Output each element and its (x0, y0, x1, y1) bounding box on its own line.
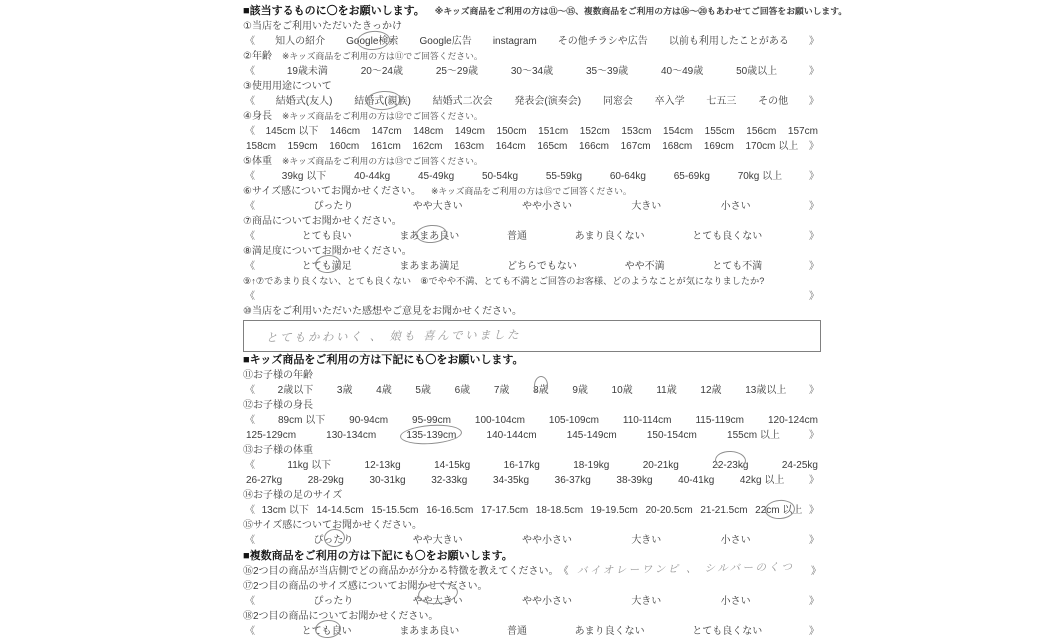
bracket-close-icon: 》 (809, 259, 819, 274)
option-text: 18-19kg (572, 458, 610, 473)
question-label: ④身長 (243, 109, 272, 124)
question-label: ⑨↑⑦であまり良くない、とても良くない ⑧でやや不満、とても不満とご回答のお客様… (243, 274, 764, 289)
option-text: どちらでもない (506, 259, 578, 274)
option-text: 19歳未満 (286, 64, 329, 79)
question-label: ⑥サイズ感についてお聞かせください。 (243, 184, 421, 199)
option-text: 結婚式二次会 (432, 94, 494, 109)
bracket-close-icon: 》 (809, 473, 819, 488)
options-row: 《結婚式(友人)結婚式(親族)結婚式二次会発表会(演奏会)同窓会卒入学七五三その… (243, 94, 821, 109)
option-text: 100-104cm (474, 413, 526, 428)
option-text: 147cm (371, 124, 403, 139)
option-text: 15-15.5cm (370, 503, 419, 518)
bracket-open-icon: 《 (245, 503, 255, 518)
bracket-open-icon: 《 (245, 259, 255, 274)
option-text: 50歳以上 (735, 64, 778, 79)
option-text: 9歳 (571, 383, 589, 398)
question-line: ⑪お子様の年齢 (243, 368, 821, 383)
question-label: ⑩当店をご利用いただいた感想やご意見をお聞かせください。 (243, 304, 522, 319)
option-text: その他 (757, 94, 789, 109)
option-text: 125-129cm (245, 428, 297, 443)
question-label: ③使用用途について (243, 79, 332, 94)
option-text: 24-25kg (781, 458, 819, 473)
option-text: 70kg 以上 (737, 169, 783, 184)
option-text: やや不満 (624, 259, 666, 274)
options-row: 《とても良いまあまあ良い普通あまり良くないとても良くない》 (243, 624, 821, 639)
option-text: 89cm 以下 (277, 413, 326, 428)
option-text: 普通 (506, 624, 528, 639)
option-text: 25〜29歳 (435, 64, 479, 79)
options-row: 《とても満足まあまあ満足どちらでもないやや不満とても不満》 (243, 259, 821, 274)
survey-form: ■該当するものに〇をお願いします。※キッズ商品をご利用の方は⑪〜⑮、複数商品をご… (243, 3, 821, 639)
question-note: ※キッズ商品をご利用の方は⑫でご回答ください。 (282, 109, 483, 124)
option-text: 164cm (495, 139, 527, 154)
option-text: 6歳 (454, 383, 472, 398)
option-text: 7歳 (493, 383, 511, 398)
option-text: 13歳以上 (744, 383, 787, 398)
option-text: 30〜34歳 (510, 64, 554, 79)
bracket-close-icon: 》 (809, 383, 819, 398)
option-text: 60-64kg (609, 169, 647, 184)
question-label: ⑭お子様の足のサイズ (243, 488, 342, 503)
option-text: 16-16.5cm (425, 503, 474, 518)
option-text: 38-39kg (615, 473, 653, 488)
option-text: Google検索 (345, 34, 399, 49)
question-line: ④身長※キッズ商品をご利用の方は⑫でご回答ください。 (243, 109, 821, 124)
option-text: 大きい (630, 594, 662, 609)
question-label: ⑪お子様の年齢 (243, 368, 313, 383)
section-note: ※キッズ商品をご利用の方は⑪〜⑮、複数商品をご利用の方は⑯〜⑳もあわせてご回答を… (435, 4, 847, 19)
bracket-close-icon: 》 (809, 64, 819, 79)
option-text: 149cm (454, 124, 486, 139)
option-text: 162cm (412, 139, 444, 154)
option-text: 40〜49歳 (660, 64, 704, 79)
question-line: ⑫お子様の身長 (243, 398, 821, 413)
question-line: ⑥サイズ感についてお聞かせください。※キッズ商品をご利用の方は⑮でご回答ください… (243, 184, 821, 199)
option-text: やや大きい (412, 199, 464, 214)
options-row: 《13cm 以下14-14.5cm15-15.5cm16-16.5cm17-17… (243, 503, 821, 518)
option-text: instagram (492, 34, 538, 49)
option-text: 35〜39歳 (585, 64, 629, 79)
option-text: 154cm (662, 124, 694, 139)
bracket-open-icon: 《 (245, 94, 255, 109)
option-text: 166cm (578, 139, 610, 154)
option-text: 155cm (704, 124, 736, 139)
option-text: 40-44kg (353, 169, 391, 184)
option-text: 20-21kg (642, 458, 680, 473)
options-row: 26-27kg28-29kg30-31kg32-33kg34-35kg36-37… (243, 473, 821, 488)
question-line: ⑦商品についてお聞かせください。 (243, 214, 821, 229)
bracket-open-icon: 《 (245, 594, 255, 609)
option-text: 148cm (412, 124, 444, 139)
option-text: 140-144cm (486, 428, 538, 443)
handwritten-answer: バイオレーワンピ 、 シルバーのくつ (576, 560, 803, 579)
option-text: やや小さい (521, 199, 573, 214)
option-text: 大きい (630, 533, 662, 548)
option-text: 110-114cm (622, 413, 673, 428)
option-text: 168cm (661, 139, 693, 154)
option-text: 105-109cm (548, 413, 600, 428)
option-text: 65-69kg (673, 169, 711, 184)
question-line: ⑮サイズ感についてお聞かせください。 (243, 518, 821, 533)
option-text: 165cm (536, 139, 568, 154)
option-text: とても良い (301, 624, 353, 639)
options-row: 158cm159cm160cm161cm162cm163cm164cm165cm… (243, 139, 821, 154)
option-text: あまり良くない (574, 229, 646, 244)
option-text: 11kg 以下 (286, 458, 332, 473)
question-line: ⑰2つ目の商品のサイズ感についてお聞かせください。 (243, 579, 821, 594)
option-text: 12-13kg (364, 458, 402, 473)
question-label: ⑮サイズ感についてお聞かせください。 (243, 518, 422, 533)
bracket-open-icon: 《 (245, 169, 255, 184)
handwritten-comment: とてもかわいく 、 娘も 喜んでいました (266, 326, 521, 345)
section-header: ■キッズ商品をご利用の方は下記にも〇をお願いします。 (243, 353, 821, 368)
option-text: 18-18.5cm (535, 503, 584, 518)
bracket-open-icon: 《 (245, 64, 255, 79)
option-text: とても良くない (691, 624, 763, 639)
option-text: 普通 (506, 229, 528, 244)
options-row: 《とても良いまあまあ良い普通あまり良くないとても良くない》 (243, 229, 821, 244)
bracket-close-icon: 》 (809, 169, 819, 184)
option-text: 90-94cm (348, 413, 389, 428)
bracket-open-icon: 《 (245, 229, 255, 244)
question-label: ⑱2つ目の商品についてお聞かせください。 (243, 609, 438, 624)
bracket-open-icon: 《 (245, 458, 255, 473)
option-text: 159cm (287, 139, 319, 154)
option-text: 170cm 以上 (745, 139, 800, 154)
option-text: 32-33kg (430, 473, 468, 488)
option-text: 153cm (620, 124, 652, 139)
option-text: 卒入学 (654, 94, 686, 109)
question-line: ⑩当店をご利用いただいた感想やご意見をお聞かせください。 (243, 304, 821, 319)
option-text: 14-15kg (433, 458, 471, 473)
option-text: 小さい (720, 199, 752, 214)
option-text: とても満足 (301, 259, 353, 274)
option-text: 50-54kg (481, 169, 519, 184)
options-row: 《39kg 以下40-44kg45-49kg50-54kg55-59kg60-6… (243, 169, 821, 184)
question-line: ⑯2つ目の商品が当店側でどの商品かが分かる特徴を教えてください。《バイオレーワン… (243, 564, 821, 579)
option-text: 21-21.5cm (699, 503, 748, 518)
option-text: 34-35kg (492, 473, 530, 488)
option-text: 小さい (720, 594, 752, 609)
option-text: まあまあ良い (398, 624, 460, 639)
option-text: あまり良くない (574, 624, 646, 639)
option-text: 16-17kg (503, 458, 541, 473)
option-text: 5歳 (414, 383, 432, 398)
option-text: 20〜24歳 (360, 64, 404, 79)
option-text: 39kg 以下 (281, 169, 327, 184)
option-text: 40-41kg (677, 473, 715, 488)
option-text: 10歳 (611, 383, 634, 398)
option-text: 45-49kg (417, 169, 455, 184)
question-line: ⑤体重※キッズ商品をご利用の方は⑬でご回答ください。 (243, 154, 821, 169)
option-text: まあまあ満足 (398, 259, 460, 274)
option-text: 151cm (537, 124, 569, 139)
bracket-close-icon: 》 (809, 428, 819, 443)
question-label: ⑫お子様の身長 (243, 398, 313, 413)
bracket-open-icon: 《 (245, 383, 255, 398)
option-text: ぴったり (312, 199, 354, 214)
question-line: ⑱2つ目の商品についてお聞かせください。 (243, 609, 821, 624)
option-text: ぴったり (312, 594, 354, 609)
option-text: 13cm 以下 (261, 503, 310, 518)
option-text: 155cm 以上 (726, 428, 781, 443)
bracket-close-icon: 》 (809, 289, 819, 304)
option-text: 12歳 (699, 383, 722, 398)
bracket-close-icon: 》 (809, 94, 819, 109)
question-note: ※キッズ商品をご利用の方は⑬でご回答ください。 (282, 154, 483, 169)
bracket-open-icon: 《 (245, 624, 255, 639)
option-text: とても良くない (691, 229, 763, 244)
options-row: 《11kg 以下12-13kg14-15kg16-17kg18-19kg20-2… (243, 458, 821, 473)
option-text: 28-29kg (307, 473, 345, 488)
options-row: 《ぴったりやや大きいやや小さい大きい小さい》 (243, 594, 821, 609)
option-text: その他チラシや広告 (557, 34, 649, 49)
question-line: ⑭お子様の足のサイズ (243, 488, 821, 503)
options-row: 《》 (243, 289, 821, 304)
option-text: 以前も利用したことがある (668, 34, 790, 49)
option-text: 大きい (630, 199, 662, 214)
question-line: ⑧満足度についてお聞かせください。 (243, 244, 821, 259)
question-line: ⑨↑⑦であまり良くない、とても良くない ⑧でやや不満、とても不満とご回答のお客様… (243, 274, 821, 289)
question-label: ⑤体重 (243, 154, 272, 169)
bracket-close-icon: 》 (809, 503, 819, 518)
bracket-close-icon: 》 (809, 199, 819, 214)
bracket-open-icon: 《 (245, 289, 255, 304)
option-text: 161cm (370, 139, 402, 154)
bracket-close-icon: 》 (809, 139, 819, 154)
question-label: ①当店をご利用いただいたきっかけ (243, 19, 402, 34)
bracket-open-icon: 《 (245, 533, 255, 548)
bracket-close-icon: 》 (809, 229, 819, 244)
option-text: 145cm 以下 (265, 124, 320, 139)
option-text: 135-139cm (405, 428, 457, 443)
section-header: ■該当するものに〇をお願いします。※キッズ商品をご利用の方は⑪〜⑮、複数商品をご… (243, 4, 821, 19)
options-row: 《知人の紹介Google検索Google広告instagramその他チラシや広告… (243, 34, 821, 49)
option-text: 146cm (329, 124, 361, 139)
option-text: 22cm 以上 (754, 503, 803, 518)
option-text: 22-23kg (711, 458, 749, 473)
option-text: とても不満 (711, 259, 763, 274)
option-text: やや小さい (521, 533, 573, 548)
option-text: 4歳 (375, 383, 393, 398)
bracket-open-icon: 《 (245, 34, 255, 49)
option-text: 152cm (579, 124, 611, 139)
question-label: ⑦商品についてお聞かせください。 (243, 214, 402, 229)
question-note: ※キッズ商品をご利用の方は⑮でご回答ください。 (431, 184, 632, 199)
option-text: やや小さい (521, 594, 573, 609)
option-text: 14-14.5cm (315, 503, 364, 518)
option-text: やや大きい (412, 533, 464, 548)
options-row: 《ぴったりやや大きいやや小さい大きい小さい》 (243, 533, 821, 548)
options-row: 《ぴったりやや大きいやや小さい大きい小さい》 (243, 199, 821, 214)
question-label: ⑰2つ目の商品のサイズ感についてお聞かせください。 (243, 579, 488, 594)
options-row: 125-129cm130-134cm135-139cm140-144cm145-… (243, 428, 821, 443)
comment-box: とてもかわいく 、 娘も 喜んでいました (243, 320, 821, 352)
bracket-close-icon: 》 (809, 624, 819, 639)
option-text: 結婚式(友人) (275, 94, 334, 109)
bracket-open-icon: 《 (245, 124, 255, 139)
option-text: 157cm (787, 124, 819, 139)
option-text: Google広告 (418, 34, 472, 49)
option-text: 11歳 (655, 383, 677, 398)
option-text: 167cm (620, 139, 652, 154)
options-row: 《145cm 以下146cm147cm148cm149cm150cm151cm1… (243, 124, 821, 139)
option-text: 130-134cm (325, 428, 377, 443)
question-label: ⑯2つ目の商品が当店側でどの商品かが分かる特徴を教えてください。 (243, 564, 559, 579)
option-text: 115-119cm (694, 413, 745, 428)
option-text: 36-37kg (554, 473, 592, 488)
bracket-open-icon: 《 (245, 413, 255, 428)
option-text: 42kg 以上 (739, 473, 785, 488)
bracket-open-icon: 《 (245, 199, 255, 214)
option-text: 知人の紹介 (274, 34, 326, 49)
question-label: ⑧満足度についてお聞かせください。 (243, 244, 412, 259)
bracket-open-icon: 《 (559, 564, 569, 579)
option-text: 結婚式(親族) (353, 94, 412, 109)
question-line: ⑬お子様の体重 (243, 443, 821, 458)
question-note: ※キッズ商品をご利用の方は⑪でご回答ください。 (282, 49, 483, 64)
question-label: ②年齢 (243, 49, 272, 64)
option-text: 95-99cm (411, 413, 452, 428)
section-title: ■該当するものに〇をお願いします。 (243, 4, 425, 19)
option-text: 156cm (745, 124, 777, 139)
options-row: 《2歳以下3歳4歳5歳6歳7歳8歳9歳10歳11歳12歳13歳以上》 (243, 383, 821, 398)
option-text: 120-124cm (767, 413, 819, 428)
question-line: ②年齢※キッズ商品をご利用の方は⑪でご回答ください。 (243, 49, 821, 64)
question-line: ①当店をご利用いただいたきっかけ (243, 19, 821, 34)
option-text: 8歳 (532, 383, 550, 398)
option-text: 2歳以下 (277, 383, 315, 398)
option-text: 3歳 (336, 383, 354, 398)
bracket-close-icon: 》 (809, 594, 819, 609)
bracket-close-icon: 》 (809, 34, 819, 49)
question-label: ⑬お子様の体重 (243, 443, 313, 458)
option-text: 小さい (720, 533, 752, 548)
section-title: ■キッズ商品をご利用の方は下記にも〇をお願いします。 (243, 353, 524, 368)
option-text: 158cm (245, 139, 277, 154)
option-text: 17-17.5cm (480, 503, 529, 518)
options-row: 《89cm 以下90-94cm95-99cm100-104cm105-109cm… (243, 413, 821, 428)
option-text: 20-20.5cm (644, 503, 693, 518)
option-text: やや大きい (412, 594, 464, 609)
options-row: 《19歳未満20〜24歳25〜29歳30〜34歳35〜39歳40〜49歳50歳以… (243, 64, 821, 79)
option-text: 19-19.5cm (590, 503, 639, 518)
option-text: 26-27kg (245, 473, 283, 488)
option-text: 55-59kg (545, 169, 583, 184)
option-text: とても良い (301, 229, 353, 244)
option-text: 150-154cm (646, 428, 698, 443)
option-text: 169cm (703, 139, 735, 154)
option-text: ぴったり (312, 533, 354, 548)
option-text: 160cm (328, 139, 360, 154)
option-text: まあまあ良い (398, 229, 460, 244)
option-text: 発表会(演奏会) (513, 94, 582, 109)
option-text: 150cm (496, 124, 528, 139)
option-text: 七五三 (705, 94, 737, 109)
bracket-close-icon: 》 (811, 564, 821, 579)
option-text: 30-31kg (368, 473, 406, 488)
question-line: ③使用用途について (243, 79, 821, 94)
bracket-close-icon: 》 (809, 533, 819, 548)
section-title: ■複数商品をご利用の方は下記にも〇をお願いします。 (243, 549, 513, 564)
option-text: 145-149cm (566, 428, 618, 443)
option-text: 163cm (453, 139, 485, 154)
option-text: 同窓会 (602, 94, 634, 109)
